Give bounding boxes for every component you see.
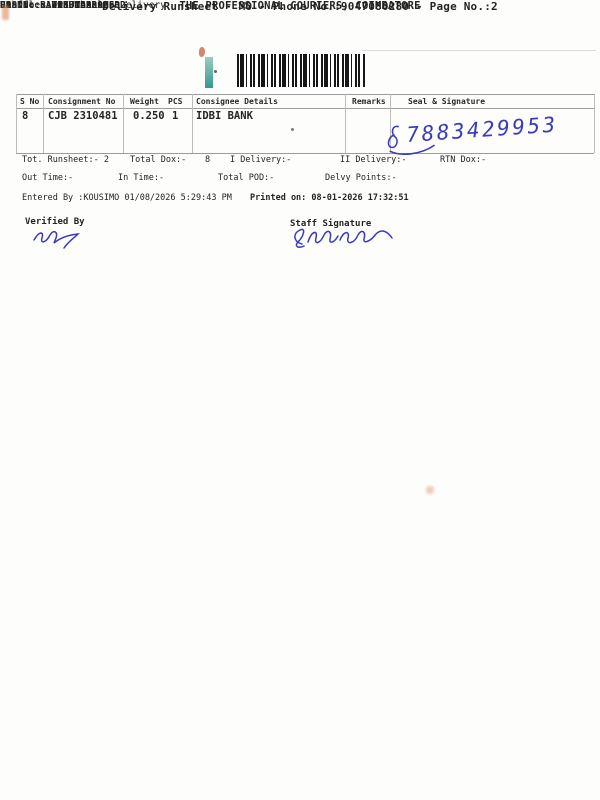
entered-by-line: Entered By :KOUSIMO 01/08/2026 5:29:43 P… xyxy=(22,193,232,203)
col-header-consignment-no: Consignment No xyxy=(48,97,115,106)
in-time-label: In Time:- xyxy=(118,173,164,183)
barcode xyxy=(237,54,366,87)
col-header-weight: Weight xyxy=(130,97,159,106)
staff-signature-ink xyxy=(288,222,408,254)
total-dox-label: Total Dox:- xyxy=(130,155,186,165)
col-header-pcs: PCS xyxy=(168,97,182,106)
printed-on-line: Printed on: 08-01-2026 17:32:51 xyxy=(250,193,409,203)
col-header-seal-signature: Seal & Signature xyxy=(408,97,485,106)
staff-signature xyxy=(288,222,408,258)
total-pod: Total POD:- xyxy=(218,173,274,183)
delvy-points-label: Delvy Points:- xyxy=(325,173,397,183)
tot-runsheet-label: Tot. Runsheet:- xyxy=(22,155,99,165)
rs-date-value: 08-Jan-2026 xyxy=(52,0,115,11)
tot-runsheet-value: 2 xyxy=(104,155,109,165)
table-col-sep-3 xyxy=(192,94,193,153)
in-time: In Time:- xyxy=(118,173,164,183)
cell-pcs: 1 xyxy=(172,110,178,122)
total-dox-value: 8 xyxy=(205,155,210,165)
i-delivery-label: I Delivery:- xyxy=(230,155,291,165)
col-header-remarks: Remarks xyxy=(352,97,386,106)
verified-by-signature-ink xyxy=(28,224,88,252)
scan-artifact-smudge xyxy=(425,485,435,495)
cell-consignment-no: CJB 2310481 xyxy=(48,110,118,122)
seal-signature-handwriting: 7883429953 xyxy=(385,106,600,158)
out-time: Out Time:- xyxy=(22,173,73,183)
col-header-s-no: S No xyxy=(20,97,39,106)
ii-delivery-label: II Delivery:- xyxy=(340,155,407,165)
cell-weight: 0.250 xyxy=(133,110,165,122)
out-time-label: Out Time:- xyxy=(22,173,73,183)
rs-box-top-line xyxy=(362,50,596,51)
delvy-points: Delvy Points:- xyxy=(325,173,397,183)
total-dox: Total Dox:- xyxy=(130,155,186,165)
tot-runsheet: Tot. Runsheet:- 2 xyxy=(22,155,109,165)
cell-s-no: 8 xyxy=(22,110,28,122)
table-top-border xyxy=(16,94,594,95)
scan-artifact-orange-drop xyxy=(199,47,205,57)
verified-by-signature xyxy=(28,224,88,256)
rtn-dox-label: RTN Dox:- xyxy=(440,155,486,165)
seal-signature-digits: 7883429953 xyxy=(406,112,559,147)
scan-artifact-dot-2 xyxy=(291,128,294,131)
i-delivery: I Delivery:- xyxy=(230,155,291,165)
total-pod-label: Total POD:- xyxy=(218,173,274,183)
table-col-sep-2 xyxy=(123,94,124,153)
table-col-sep-1 xyxy=(43,94,44,153)
table-border-left xyxy=(16,94,17,153)
rs-date-line: RS Date: 08-Jan-2026 xyxy=(0,0,114,11)
cell-consignee: IDBI BANK xyxy=(196,110,253,122)
scan-artifact-corner-mark xyxy=(2,5,9,20)
seal-signature-ink: 7883429953 xyxy=(385,106,600,158)
scan-artifact-dot-1 xyxy=(214,70,217,73)
rtn-dox: RTN Dox:- xyxy=(440,155,486,165)
ii-delivery: II Delivery:- xyxy=(340,155,407,165)
col-header-consignee: Consignee Details xyxy=(196,97,278,106)
runsheet-scan-page: THE PROFESSIONAL COURIERS, COIMBATORE De… xyxy=(0,0,600,800)
table-col-sep-4 xyxy=(345,94,346,153)
scan-artifact-teal-bar xyxy=(205,57,213,88)
